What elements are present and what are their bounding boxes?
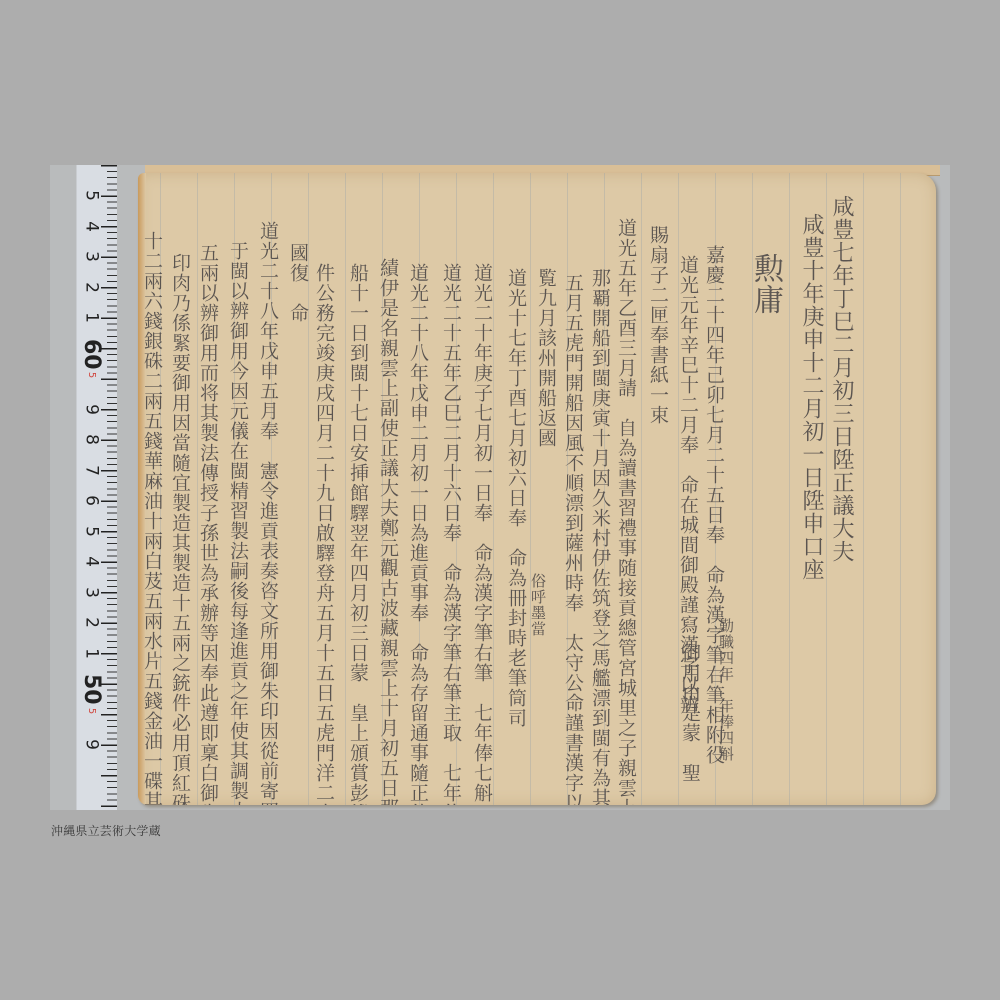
ruler-label: 1 xyxy=(83,306,100,330)
collection-credit-caption: 沖縄県立芸術大学蔵 xyxy=(51,822,161,839)
manuscript-column: 道光十七年丁酉七月初六日奉 命為冊封時老筆筒司 xyxy=(506,268,525,728)
manuscript-column: 賜扇子二匣奉書紙一束 xyxy=(648,225,667,425)
manuscript-column: 咸豊七年丁巳二月初三日陞正議大夫 xyxy=(830,195,852,563)
manuscript-column: 國復 命 xyxy=(288,243,307,323)
ruler-label: 50 xyxy=(80,674,102,698)
ruled-line xyxy=(789,173,790,805)
ruler-label: 6 xyxy=(83,489,100,513)
ruler-label: 2 xyxy=(83,611,100,635)
ruler-label: 8 xyxy=(83,428,100,452)
ruler-label: 3 xyxy=(83,580,100,604)
ruler-label: 2 xyxy=(83,275,100,299)
ruler-label: 3 xyxy=(83,245,100,269)
manuscript-column: 御用由是蒙 聖 xyxy=(680,643,699,783)
manuscript-column: 件公務完竣庚戌四月二十九日啟驛登舟五月十五日五虎門洋二十日回 xyxy=(314,263,333,805)
ruler-label: 4 xyxy=(83,550,100,574)
ruler-label: 1 xyxy=(83,641,100,665)
ruler-major-ticks xyxy=(101,165,117,810)
manuscript-photo: 543216059876543215059 咸豊七年丁巳二月初三日陞正議大夫咸豊… xyxy=(50,165,950,810)
ruled-line xyxy=(826,173,827,805)
manuscript-column: 那覇開船到閩庚寅十月因久米村伊佐筑登之馬艦漂到閩有為其通事辛卯 xyxy=(590,268,609,805)
manuscript-column: 績伊是名親雲上副使正議大夫鄭元觀古波藏親雲上十月初五日那覇開 xyxy=(378,258,397,805)
manuscript-column: 道光二十年庚子七月初一日奉 命為漢字筆右筆 七年俸七斛 xyxy=(472,263,491,803)
ruler-label: 4 xyxy=(83,214,100,238)
manuscript-column: 船十一日到閩十七日安挿館驛翌年四月初三日蒙 皇上頒賞彭緞袍一 xyxy=(348,263,367,805)
ruled-line xyxy=(345,173,346,805)
manuscript-column: 俗呼墨當 xyxy=(530,573,545,637)
manuscript-column: 道光二十五年乙巳二月十六日奉 命為漢字筆右筆主取 七年俸七斛 xyxy=(441,263,460,805)
manuscript-column: 道光二十八年戊申二月初一日為進貢事奉 命為存留通事隨正使耳目官向純 xyxy=(408,263,427,805)
manuscript-column: 勤職四年 年俸四斛 xyxy=(718,618,733,762)
ruled-line xyxy=(900,173,901,805)
ruled-line xyxy=(493,173,494,805)
ruled-line xyxy=(530,173,531,805)
manuscript-column: 印肉乃係緊要御用因當隨宜製造其製造十五兩之銃件必用頂紅硃砂 xyxy=(170,253,189,805)
manuscript-column: 十二兩六錢銀硃二兩五錢華麻油十兩白芨五兩水片五錢金油一碟其價銀 xyxy=(142,231,161,805)
manuscript-heading: 勲庸 xyxy=(750,253,780,315)
manuscript-column: 五兩以辨御用而将其製法傳授子孫世為承辦等因奉此遵即稟白御朱 xyxy=(198,243,217,805)
ruler-label: 9 xyxy=(83,733,100,757)
manuscript-column: 于閩以辨御用今因元儀在閩精習製法嗣後每逢進貢之年使其調製十 xyxy=(228,241,247,805)
manuscript-column: 道光五年乙酉三月請 自為讀書習禮事随接貢總管宮城里之子親雲上九月 xyxy=(616,218,635,805)
ruler-label: 9 xyxy=(83,397,100,421)
manuscript-column: 道光二十八年戊申五月奉 憲令進貢表奏咨文所用御朱印因從前寄四 xyxy=(258,221,277,805)
ruler-label: 5 xyxy=(83,519,100,543)
manuscript-column: 覧九月該州開船返國 xyxy=(536,268,555,448)
manuscript-column: 五月五虎門開船因風不順漂到薩州時奉 太守公命謹書漢字以備 上 xyxy=(563,273,582,805)
ruled-line xyxy=(641,173,642,805)
ruler-label: 60 xyxy=(80,339,102,363)
ruler-label: 5 xyxy=(86,699,96,723)
ruler-label: 5 xyxy=(83,184,100,208)
ruler-label: 7 xyxy=(83,458,100,482)
manuscript-column: 咸豊十年庚申十二月初一日陞申口座 xyxy=(800,213,822,581)
ruled-line xyxy=(863,173,864,805)
notebook-page: 咸豊七年丁巳二月初三日陞正議大夫咸豊十年庚申十二月初一日陞申口座勲庸嘉慶二十四年… xyxy=(138,173,936,805)
measuring-ruler: 543216059876543215059 xyxy=(76,165,117,810)
ruler-label: 5 xyxy=(86,363,96,387)
